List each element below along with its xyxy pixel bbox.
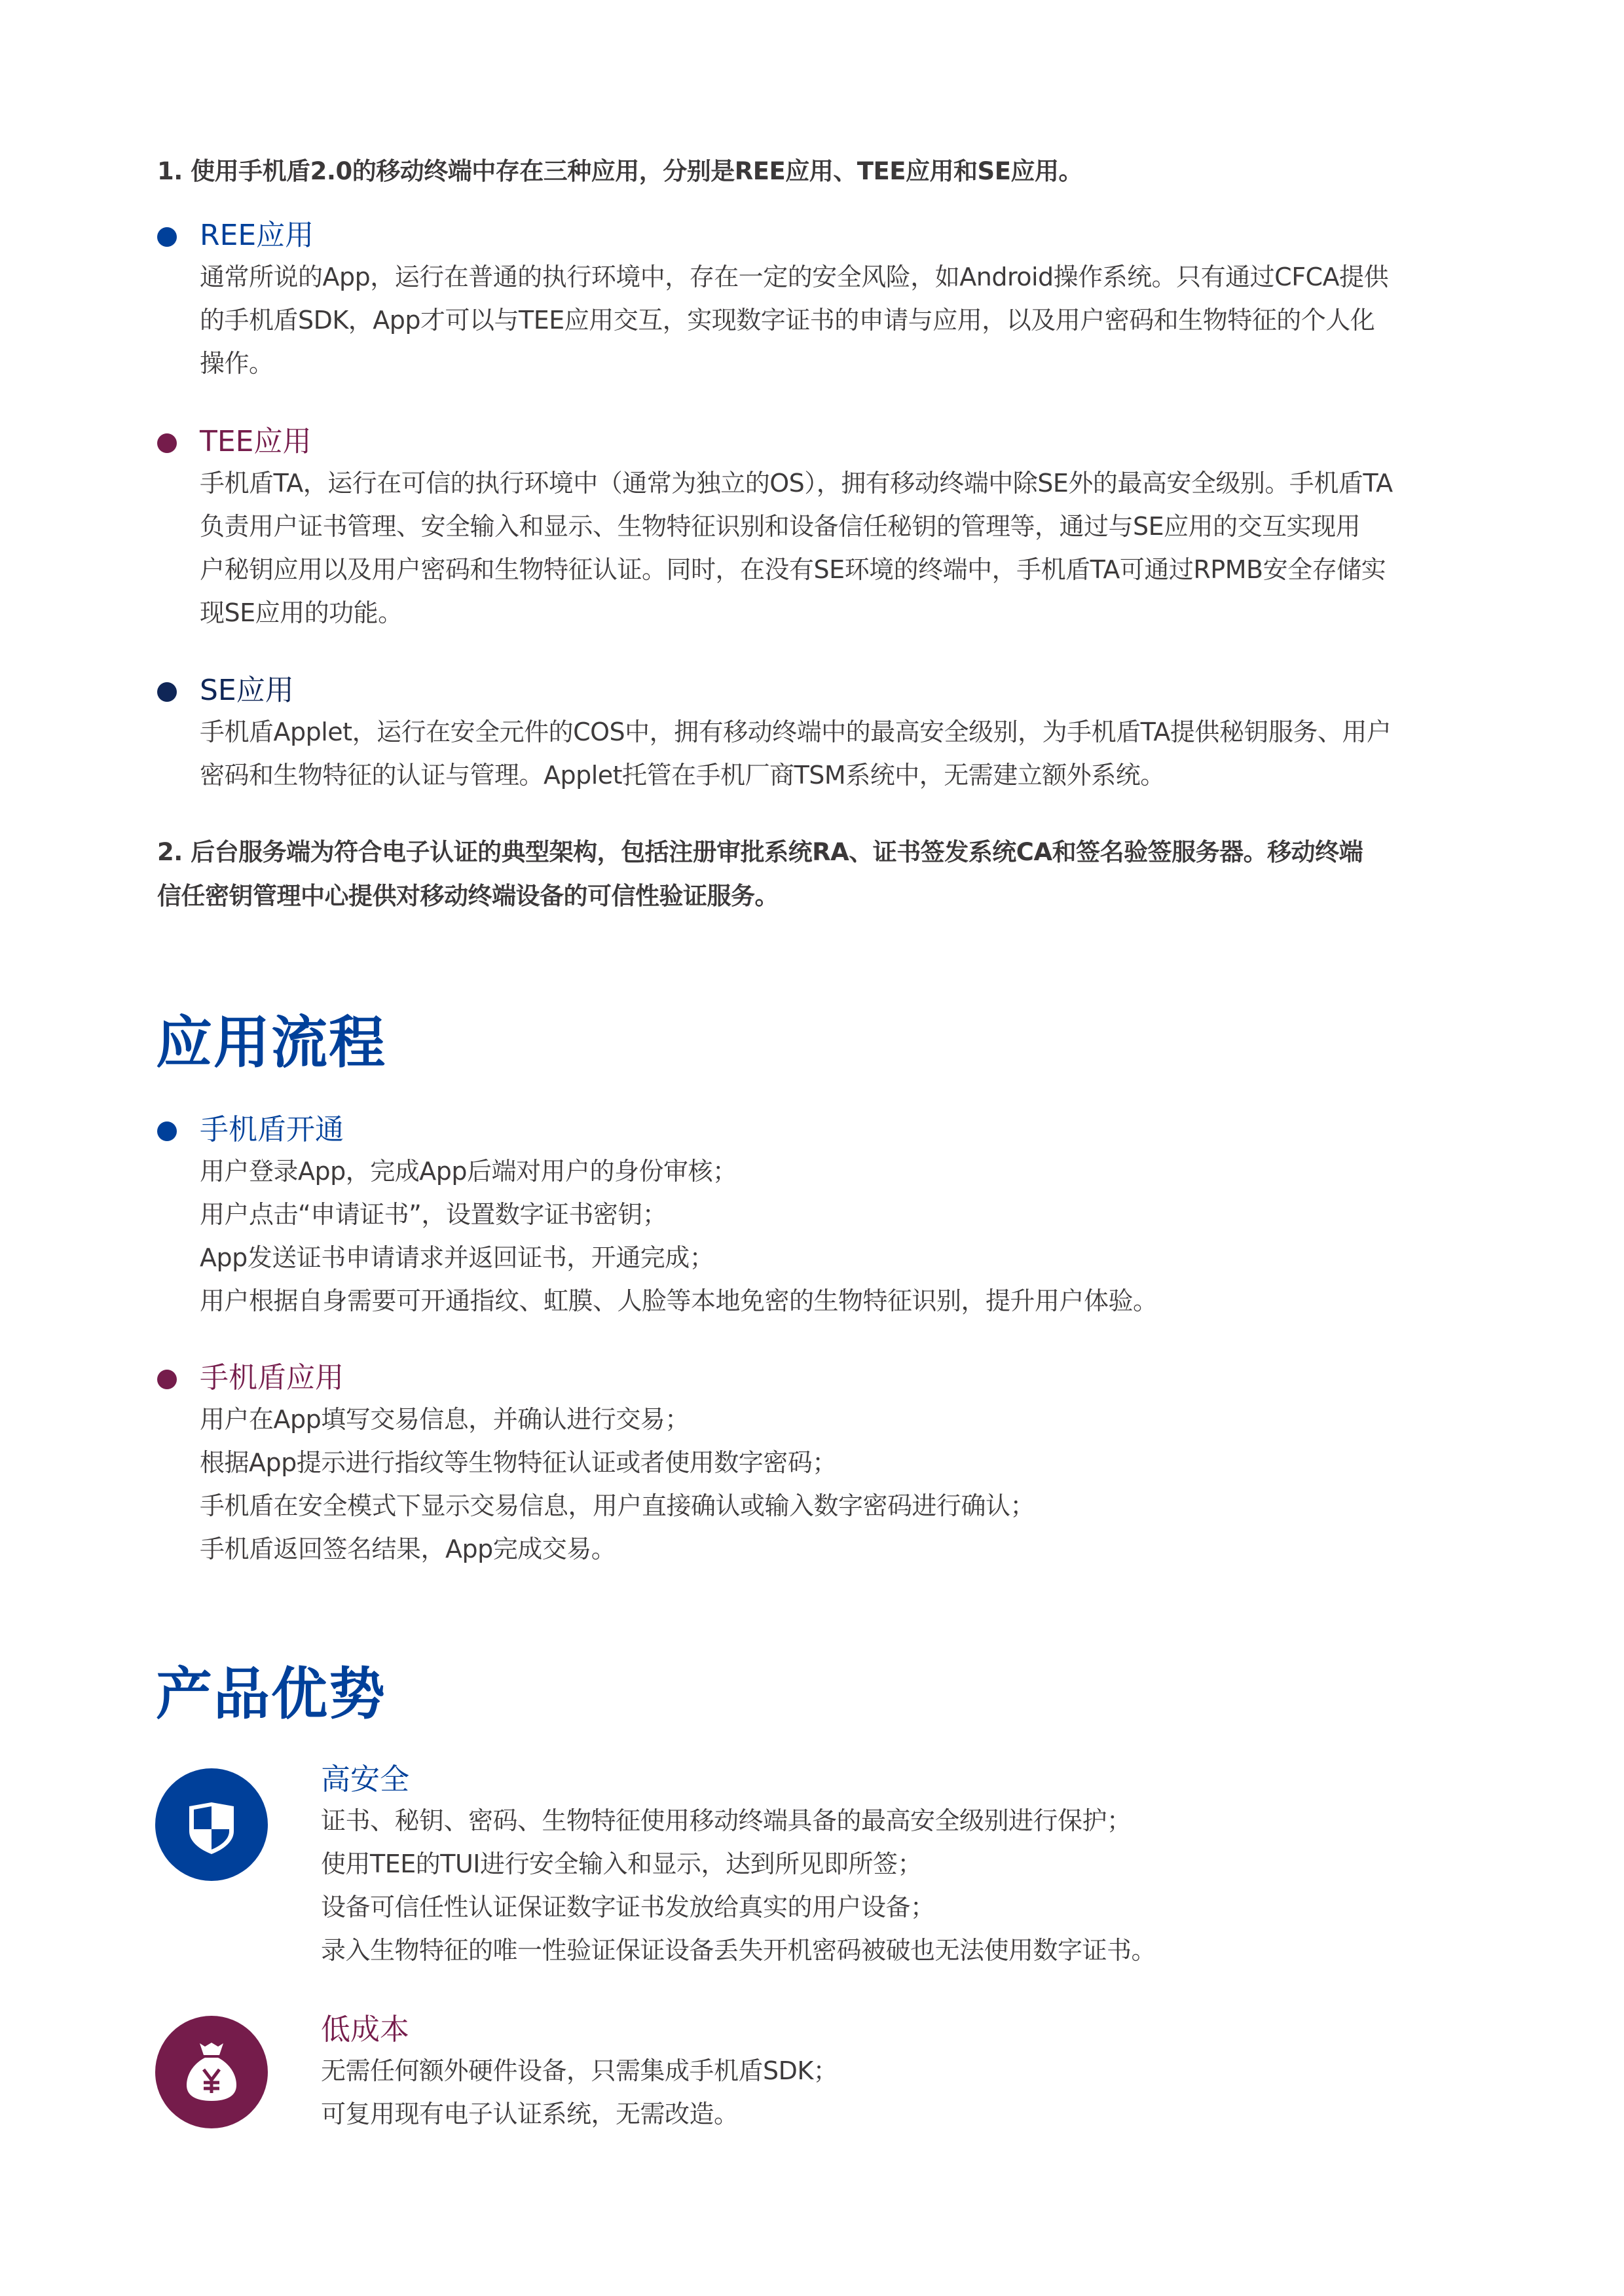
ree-app-section: REE应用 通常所说的App，运行在普通的执行环境中，存在一定的安全风险，如An… xyxy=(157,216,1473,385)
advantage-description: 无需任何额外硬件设备，只需集成手机盾SDK； 可复用现有电子认证系统，无需改造。 xyxy=(321,2049,1473,2136)
se-app-heading: SE应用 xyxy=(157,671,1473,710)
advantage-description: 证书、秘钥、密码、生物特征使用移动终端具备的最高安全级别进行保护； 使用TEE的… xyxy=(321,1799,1473,1972)
flow-usage-title: 手机盾应用 xyxy=(200,1361,344,1394)
text-line: 手机盾TA，运行在可信的执行环境中（通常为独立的OS），拥有移动终端中除SE外的… xyxy=(200,462,1473,505)
text-line: 通常所说的App，运行在普通的执行环境中，存在一定的安全风险，如Android操… xyxy=(200,255,1473,299)
section-title-flow: 应用流程 xyxy=(156,1010,386,1076)
text-line: 使用TEE的TUI进行安全输入和显示，达到所见即所签； xyxy=(321,1842,1473,1886)
text-line: 信任密钥管理中心提供对移动终端设备的可信性验证服务。 xyxy=(157,874,1473,918)
step-line: 手机盾返回签名结果，App完成交易。 xyxy=(200,1527,1473,1571)
money-bag-yen-icon xyxy=(155,2016,268,2128)
flow-usage-steps: 用户在App填写交易信息，并确认进行交易； 根据App提示进行指纹等生物特征认证… xyxy=(157,1398,1473,1571)
flow-usage-heading: 手机盾应用 xyxy=(157,1358,1473,1398)
advantage-low-cost: 低成本 无需任何额外硬件设备，只需集成手机盾SDK； 可复用现有电子认证系统，无… xyxy=(321,2010,1473,2136)
flow-activation-section: 手机盾开通 用户登录App，完成App后端对用户的身份审核； 用户点击“申请证书… xyxy=(157,1110,1473,1322)
step-line: App发送证书申请请求并返回证书，开通完成； xyxy=(200,1236,1473,1279)
step-line: 用户登录App，完成App后端对用户的身份审核； xyxy=(200,1150,1473,1193)
text-line: 负责用户证书管理、安全输入和显示、生物特征识别和设备信任秘钥的管理等，通过与SE… xyxy=(200,505,1473,548)
ree-app-description: 通常所说的App，运行在普通的执行环境中，存在一定的安全风险，如Android操… xyxy=(157,255,1473,385)
advantage-high-security: 高安全 证书、秘钥、密码、生物特征使用移动终端具备的最高安全级别进行保护； 使用… xyxy=(321,1760,1473,1972)
tee-app-title: TEE应用 xyxy=(200,425,311,458)
advantage-title: 高安全 xyxy=(321,1760,1473,1799)
tee-app-section: TEE应用 手机盾TA，运行在可信的执行环境中（通常为独立的OS），拥有移动终端… xyxy=(157,422,1473,634)
se-app-section: SE应用 手机盾Applet，运行在安全元件的COS中，拥有移动终端中的最高安全… xyxy=(157,671,1473,797)
text-line: 的手机盾SDK，App才可以与TEE应用交互，实现数字证书的申请与应用，以及用户… xyxy=(200,299,1473,342)
step-line: 根据App提示进行指纹等生物特征认证或者使用数字密码； xyxy=(200,1441,1473,1484)
flow-activation-heading: 手机盾开通 xyxy=(157,1110,1473,1150)
text-line: 密码和生物特征的认证与管理。Applet托管在手机厂商TSM系统中，无需建立额外… xyxy=(200,754,1473,797)
text-line: 证书、秘钥、密码、生物特征使用移动终端具备的最高安全级别进行保护； xyxy=(321,1799,1473,1842)
text-line: 可复用现有电子认证系统，无需改造。 xyxy=(321,2092,1473,2136)
bullet-dot-icon xyxy=(157,682,177,702)
shield-icon xyxy=(155,1768,268,1881)
intro-paragraph-2: 2. 后台服务端为符合电子认证的典型架构，包括注册审批系统RA、证书签发系统CA… xyxy=(157,830,1473,918)
tee-app-heading: TEE应用 xyxy=(157,422,1473,462)
text-line: 手机盾Applet，运行在安全元件的COS中，拥有移动终端中的最高安全级别，为手… xyxy=(200,710,1473,754)
step-line: 用户点击“申请证书”，设置数字证书密钥； xyxy=(200,1193,1473,1236)
step-line: 用户根据自身需要可开通指纹、虹膜、人脸等本地免密的生物特征识别，提升用户体验。 xyxy=(200,1279,1473,1322)
intro-paragraph-1: 1. 使用手机盾2.0的移动终端中存在三种应用，分别是REE应用、TEE应用和S… xyxy=(157,149,1473,193)
bullet-dot-icon xyxy=(157,1121,177,1141)
bullet-dot-icon xyxy=(157,1370,177,1389)
step-line: 手机盾在安全模式下显示交易信息，用户直接确认或输入数字密码进行确认； xyxy=(200,1484,1473,1527)
text-line: 录入生物特征的唯一性验证保证设备丢失开机密码被破也无法使用数字证书。 xyxy=(321,1929,1473,1972)
tee-app-description: 手机盾TA，运行在可信的执行环境中（通常为独立的OS），拥有移动终端中除SE外的… xyxy=(157,462,1473,634)
text-line: 操作。 xyxy=(200,342,1473,385)
text-line: 无需任何额外硬件设备，只需集成手机盾SDK； xyxy=(321,2049,1473,2092)
se-app-description: 手机盾Applet，运行在安全元件的COS中，拥有移动终端中的最高安全级别，为手… xyxy=(157,710,1473,797)
flow-usage-section: 手机盾应用 用户在App填写交易信息，并确认进行交易； 根据App提示进行指纹等… xyxy=(157,1358,1473,1571)
ree-app-heading: REE应用 xyxy=(157,216,1473,255)
bullet-dot-icon xyxy=(157,433,177,453)
text-line: 设备可信任性认证保证数字证书发放给真实的用户设备； xyxy=(321,1886,1473,1929)
text-line: 户秘钥应用以及用户密码和生物特征认证。同时，在没有SE环境的终端中，手机盾TA可… xyxy=(200,548,1473,591)
flow-activation-title: 手机盾开通 xyxy=(200,1113,344,1146)
se-app-title: SE应用 xyxy=(200,674,294,707)
text-line: 2. 后台服务端为符合电子认证的典型架构，包括注册审批系统RA、证书签发系统CA… xyxy=(157,830,1473,874)
text-line: 现SE应用的功能。 xyxy=(200,591,1473,634)
ree-app-title: REE应用 xyxy=(200,219,314,252)
flow-activation-steps: 用户登录App，完成App后端对用户的身份审核； 用户点击“申请证书”，设置数字… xyxy=(157,1150,1473,1322)
step-line: 用户在App填写交易信息，并确认进行交易； xyxy=(200,1398,1473,1441)
bullet-dot-icon xyxy=(157,227,177,247)
section-title-advantages: 产品优势 xyxy=(156,1662,386,1727)
advantage-title: 低成本 xyxy=(321,2010,1473,2049)
